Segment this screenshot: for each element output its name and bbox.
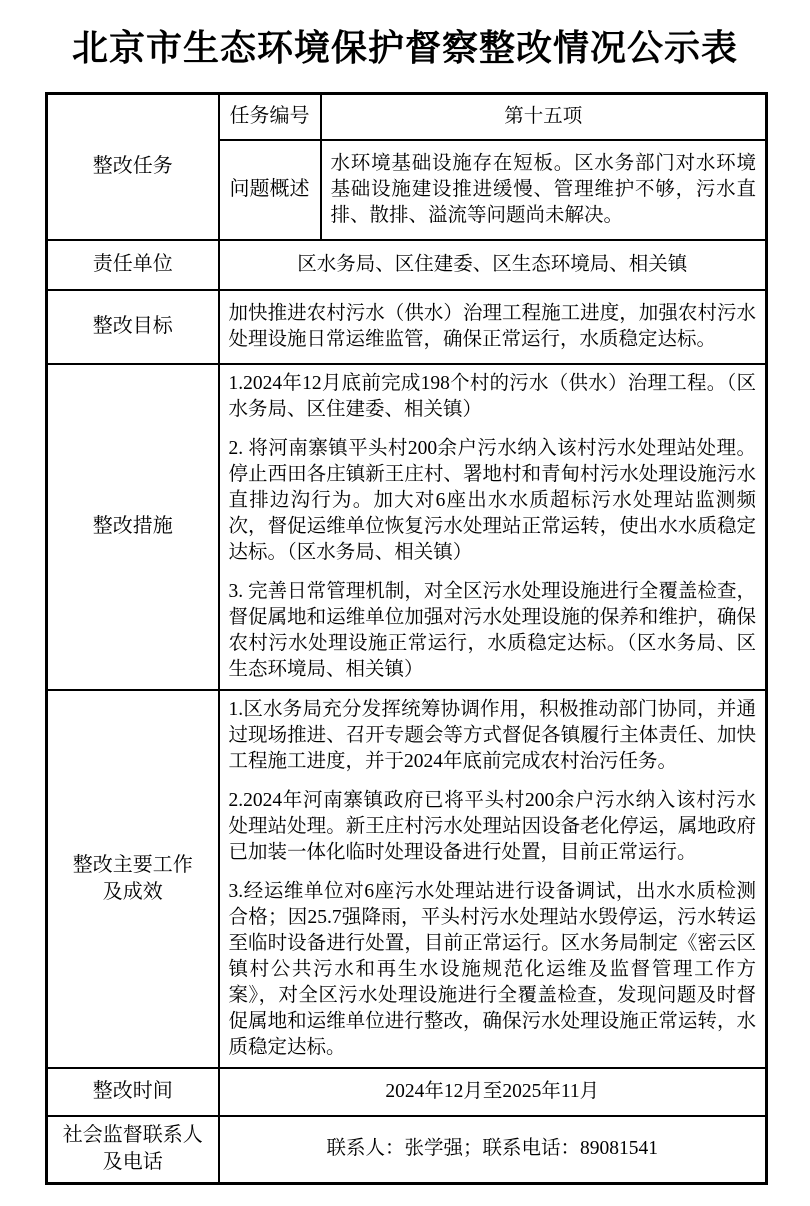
- contact-label: 社会监督联系人 及电话: [47, 1116, 219, 1184]
- table-row-measures: 整改措施 1.2024年12月底前完成198个村的污水（供水）治理工程。（区水务…: [47, 364, 767, 690]
- table-row-goal: 整改目标 加快推进农村污水（供水）治理工程施工进度，加强农村污水处理设施日常运维…: [47, 290, 767, 364]
- measures-paragraph-1: 1.2024年12月底前完成198个村的污水（供水）治理工程。（区水务局、区住建…: [229, 371, 757, 423]
- progress-text: 1.区水务局充分发挥统筹协调作用，积极推动部门协同，并通过现场推进、召开专题会等…: [219, 690, 767, 1068]
- table-row-task-number: 整改任务 任务编号 第十五项: [47, 94, 767, 140]
- task-number-label: 任务编号: [219, 94, 321, 140]
- table-row-time: 整改时间 2024年12月至2025年11月: [47, 1068, 767, 1116]
- document-page: 北京市生态环境保护督察整改情况公示表 整改任务 任务编号 第十五项 问题概述 水…: [0, 0, 810, 1206]
- table-row-progress: 整改主要工作 及成效 1.区水务局充分发挥统筹协调作用，积极推动部门协同，并通过…: [47, 690, 767, 1068]
- measures-paragraph-3: 3. 完善日常管理机制，对全区污水处理设施进行全覆盖检查，督促属地和运维单位加强…: [229, 579, 757, 683]
- problem-summary-text: 水环境基础设施存在短板。区水务部门对水环境基础设施建设推进缓慢、管理维护不够，污…: [321, 140, 767, 240]
- goal-label: 整改目标: [47, 290, 219, 364]
- measures-text: 1.2024年12月底前完成198个村的污水（供水）治理工程。（区水务局、区住建…: [219, 364, 767, 690]
- progress-paragraph-2: 2.2024年河南寨镇政府已将平头村200余户污水纳入该村污水处理站处理。新王庄…: [229, 788, 757, 866]
- page-title: 北京市生态环境保护督察整改情况公示表: [30, 22, 780, 74]
- task-label-cell: 整改任务: [47, 94, 219, 240]
- table-row-responsible-unit: 责任单位 区水务局、区住建委、区生态环境局、相关镇: [47, 240, 767, 290]
- responsible-unit-label: 责任单位: [47, 240, 219, 290]
- task-number-value: 第十五项: [321, 94, 767, 140]
- measures-label: 整改措施: [47, 364, 219, 690]
- progress-paragraph-3: 3.经运维单位对6座污水处理站进行设备调试，出水水质检测合格；因25.7强降雨，…: [229, 879, 757, 1061]
- measures-paragraph-2: 2. 将河南寨镇平头村200余户污水纳入该村污水处理站处理。停止西田各庄镇新王庄…: [229, 436, 757, 566]
- progress-paragraph-1: 1.区水务局充分发挥统筹协调作用，积极推动部门协同，并通过现场推进、召开专题会等…: [229, 697, 757, 775]
- table-row-contact: 社会监督联系人 及电话 联系人：张学强；联系电话：89081541: [47, 1116, 767, 1184]
- problem-summary-label: 问题概述: [219, 140, 321, 240]
- progress-label: 整改主要工作 及成效: [47, 690, 219, 1068]
- rectification-table: 整改任务 任务编号 第十五项 问题概述 水环境基础设施存在短板。区水务部门对水环…: [45, 92, 768, 1185]
- time-label: 整改时间: [47, 1068, 219, 1116]
- responsible-unit-value: 区水务局、区住建委、区生态环境局、相关镇: [219, 240, 767, 290]
- contact-value: 联系人：张学强；联系电话：89081541: [219, 1116, 767, 1184]
- goal-text: 加快推进农村污水（供水）治理工程施工进度，加强农村污水处理设施日常运维监管，确保…: [219, 290, 767, 364]
- time-value: 2024年12月至2025年11月: [219, 1068, 767, 1116]
